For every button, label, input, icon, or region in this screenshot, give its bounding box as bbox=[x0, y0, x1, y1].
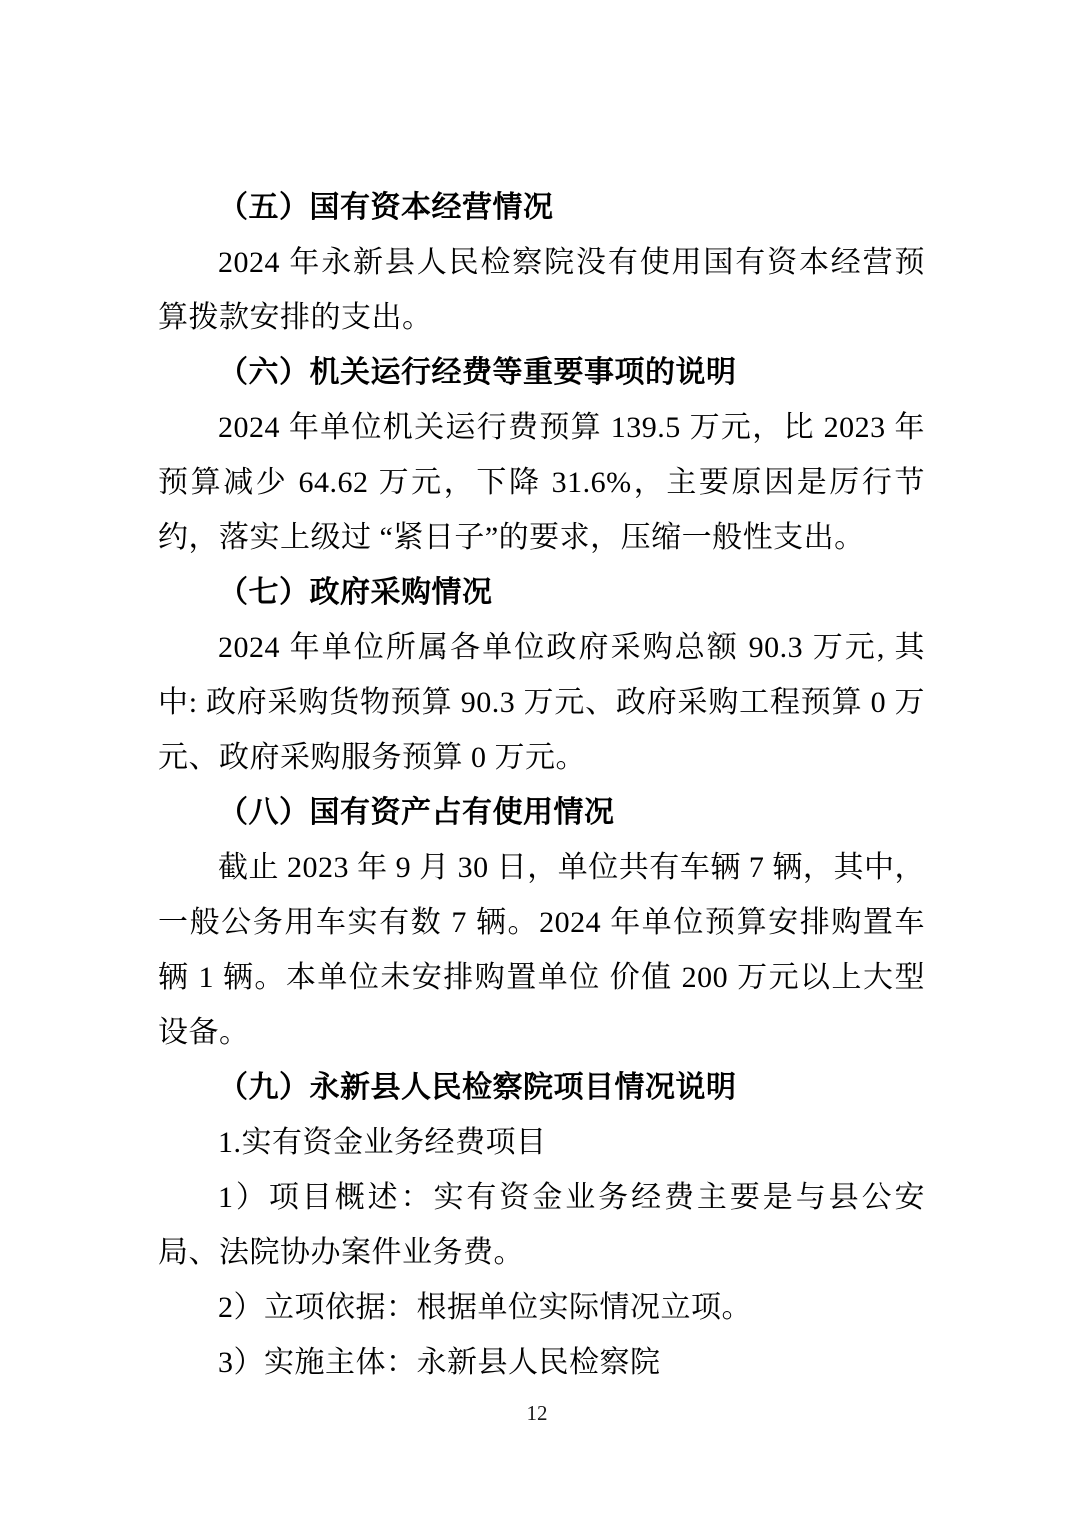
paragraph-project-overview: 1）项目概述：实有资金业务经费主要是与县公安局、法院协办案件业务费。 bbox=[158, 1170, 925, 1280]
section-heading-9: （九）永新县人民检察院项目情况说明 bbox=[158, 1060, 925, 1115]
paragraph-procurement: 2024 年单位所属各单位政府采购总额 90.3 万元, 其中: 政府采购货物预… bbox=[158, 620, 925, 785]
paragraph-state-capital: 2024 年永新县人民检察院没有使用国有资本经营预算拨款安排的支出。 bbox=[158, 235, 925, 345]
page-number: 12 bbox=[527, 1401, 548, 1425]
document-page: （五）国有资本经营情况 2024 年永新县人民检察院没有使用国有资本经营预算拨款… bbox=[0, 0, 1074, 1520]
paragraph-project-entity: 3）实施主体：永新县人民检察院 bbox=[158, 1335, 925, 1390]
paragraph-project-title: 1.实有资金业务经费项目 bbox=[158, 1115, 925, 1170]
section-heading-7: （七）政府采购情况 bbox=[158, 565, 925, 620]
page-footer: 12 bbox=[0, 1398, 1074, 1428]
paragraph-operating-expenses: 2024 年单位机关运行费预算 139.5 万元，比 2023 年预算减少 64… bbox=[158, 400, 925, 565]
paragraph-project-basis: 2）立项依据：根据单位实际情况立项。 bbox=[158, 1280, 925, 1335]
section-heading-8: （八）国有资产占有使用情况 bbox=[158, 785, 925, 840]
paragraph-state-assets: 截止 2023 年 9 月 30 日，单位共有车辆 7 辆，其中，一般公务用车实… bbox=[158, 840, 925, 1060]
section-heading-6: （六）机关运行经费等重要事项的说明 bbox=[158, 345, 925, 400]
document-body: （五）国有资本经营情况 2024 年永新县人民检察院没有使用国有资本经营预算拨款… bbox=[158, 180, 925, 1390]
section-heading-5: （五）国有资本经营情况 bbox=[158, 180, 925, 235]
